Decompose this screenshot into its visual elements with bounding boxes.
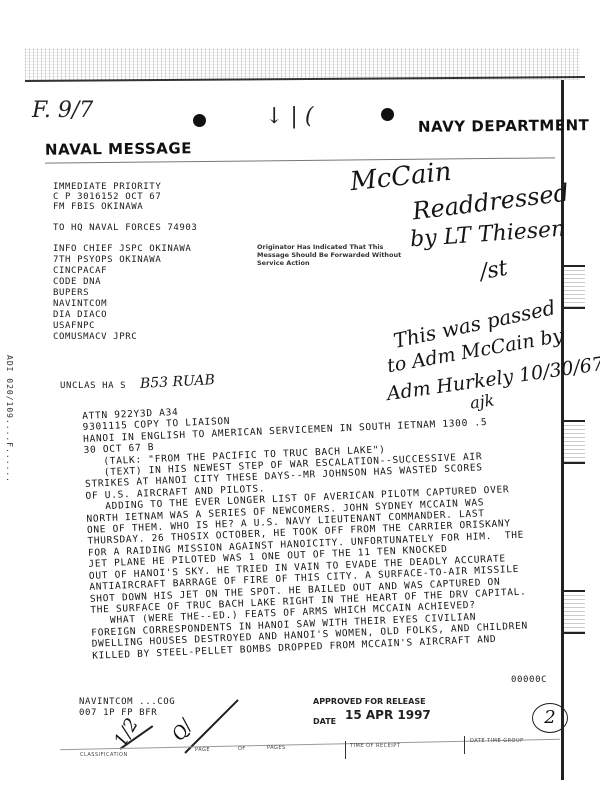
binder-tab	[563, 420, 585, 464]
info-line: DIA DIACO	[53, 310, 107, 321]
binder-tab	[563, 590, 585, 634]
info-line: COMUSMACV JPRC	[53, 332, 137, 343]
footer-label-pages: PAGES	[267, 745, 286, 751]
info-line: CINCPACAF	[53, 266, 107, 277]
release-stamp-date: 15 APR 1997	[345, 708, 431, 722]
info-line: NAVINTCOM	[53, 299, 107, 310]
hand-line: McCain	[349, 157, 453, 197]
punch-hole-icon	[193, 114, 206, 127]
form-header-left: NAVAL MESSAGE	[45, 139, 192, 159]
punch-hole-icon	[381, 108, 394, 121]
originator-notice: Originator Has Indicated That This Messa…	[257, 243, 401, 267]
routing-dtg: C P 3016152 OCT 67	[53, 192, 161, 203]
header-scribble-left: F. 9/7	[32, 98, 93, 123]
footer-label-date-time-group: DATE TIME GROUP	[470, 738, 524, 744]
end-code: 00000C	[511, 675, 547, 686]
binder-tab	[563, 265, 585, 309]
footer-divider	[464, 736, 465, 754]
notice-line: Message Should Be Forwarded Without	[257, 251, 401, 259]
scan-noise-band	[25, 48, 580, 80]
trailer-line: 007 1P FP BFR	[79, 708, 157, 719]
notice-line: Originator Has Indicated That This	[257, 243, 383, 251]
classification-handwritten: B53 RUAB	[140, 372, 216, 392]
release-stamp-date-label: DATE	[313, 717, 336, 726]
info-line: USAFNPC	[53, 321, 95, 332]
footer-label-classification: CLASSIFICATION	[80, 752, 128, 758]
routing-from: FM FBIS OKINAWA	[53, 202, 143, 213]
routing-precedence: IMMEDIATE PRIORITY	[53, 182, 161, 193]
message-body: ATTN 922Y3D A349301115 COPY TO LIAISONHA…	[82, 393, 529, 662]
page-number-circled: 2	[532, 703, 568, 733]
trailer-line: NAVINTCOM ...COG	[79, 697, 175, 708]
side-margin-text: ADI 020/109....F......	[5, 355, 14, 483]
footer-label-page: PAGE	[195, 747, 210, 753]
footer-label-of: OF	[238, 746, 246, 752]
footer-divider	[345, 741, 346, 759]
release-stamp-line: APPROVED FOR RELEASE	[313, 697, 426, 706]
info-line: INFO CHIEF JSPC OKINAWA	[53, 244, 191, 255]
header-rule	[45, 157, 555, 163]
info-line: BUPERS	[53, 288, 89, 299]
classification-line: UNCLAS HA S	[60, 381, 126, 392]
hand-line: /st	[478, 256, 509, 285]
header-scribble-center: ↓ | (	[265, 104, 313, 129]
footer-initial: Q/	[168, 716, 197, 745]
routing-to: TO HQ NAVAL FORCES 74903	[53, 223, 197, 234]
info-line: CODE DNA	[53, 277, 101, 288]
notice-line: Service Action	[257, 259, 310, 267]
form-header-right: NAVY DEPARTMENT	[418, 116, 590, 136]
info-line: 7TH PSYOPS OKINAWA	[53, 255, 161, 266]
footer-label-time-of-receipt: TIME OF RECEIPT	[350, 743, 400, 749]
